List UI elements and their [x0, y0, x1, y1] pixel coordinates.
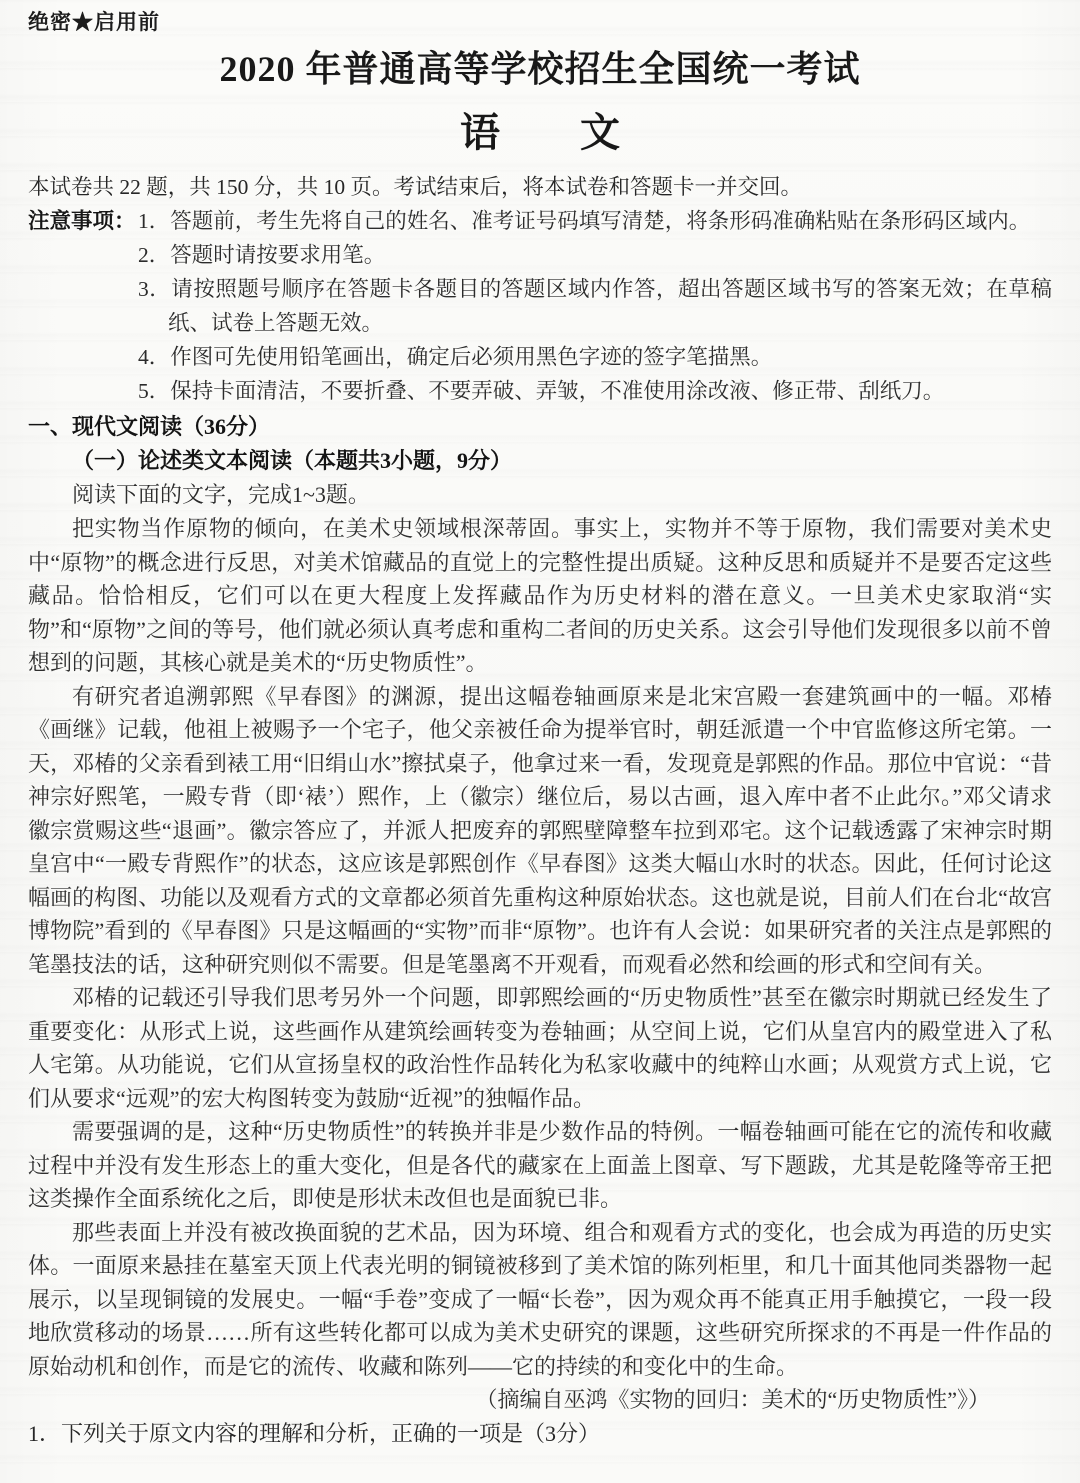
passage-paragraph-5: 那些表面上并没有被改换面貌的艺术品，因为环境、组合和观看方式的变化，也会成为再造… [28, 1216, 1052, 1384]
passage-attribution: （摘编自巫鸿《实物的回归：美术的“历史物质性”》） [28, 1383, 1052, 1417]
exam-paper-page: 绝密★启用前 2020 年普通高等学校招生全国统一考试 语 文 本试卷共 22 … [0, 0, 1080, 1483]
notice-item-5: 5．保持卡面清洁，不要折叠、不要弄破、弄皱，不准使用涂改液、修正带、刮纸刀。 [138, 374, 1052, 408]
exam-title: 2020 年普通高等学校招生全国统一考试 [28, 46, 1052, 92]
reading-passage: 把实物当作原物的倾向，在美术史领域根深蒂固。事实上，实物并不等于原物，我们需要对… [28, 512, 1052, 1383]
paper-info-line: 本试卷共 22 题，共 150 分，共 10 页。考试结束后，将本试卷和答题卡一… [28, 170, 1052, 204]
notice-item-1: 1．答题前，考生先将自己的姓名、准考证号码填写清楚，将条形码准确粘贴在条形码区域… [138, 209, 1030, 233]
passage-paragraph-2: 有研究者追溯郭熙《早春图》的渊源，提出这幅卷轴画原来是北宋宫殿一套建筑画中的一幅… [28, 680, 1052, 982]
subject-title: 语 文 [28, 108, 1052, 158]
passage-paragraph-4: 需要强调的是，这种“历史物质性”的转换并非是少数作品的特例。一幅卷轴画可能在它的… [28, 1115, 1052, 1216]
notice-label: 注意事项： [28, 204, 136, 238]
question-1: 1．下列关于原文内容的理解和分析，正确的一项是（3分） [28, 1417, 1052, 1451]
notice-section: 注意事项： 1．答题前，考生先将自己的姓名、准考证号码填写清楚，将条形码准确粘贴… [28, 204, 1052, 408]
passage-paragraph-3: 邓椿的记载还引导我们思考另外一个问题，即郭熙绘画的“历史物质性”甚至在徽宗时期就… [28, 981, 1052, 1115]
subsection-heading-argumentative-reading: （一）论述类文本阅读（本题共3小题，9分） [28, 444, 1052, 478]
passage-paragraph-1: 把实物当作原物的倾向，在美术史领域根深蒂固。事实上，实物并不等于原物，我们需要对… [28, 512, 1052, 680]
notice-row-1: 注意事项： 1．答题前，考生先将自己的姓名、准考证号码填写清楚，将条形码准确粘贴… [28, 204, 1052, 238]
notice-item-2: 2．答题时请按要求用笔。 [138, 238, 1052, 272]
section-heading-modern-reading: 一、现代文阅读（36分） [28, 410, 1052, 444]
reading-instruction: 阅读下面的文字，完成1~3题。 [28, 478, 1052, 512]
notice-item-4: 4．作图可先使用铅笔画出，确定后必须用黑色字迹的签字笔描黑。 [138, 340, 1052, 374]
notice-item-3: 3．请按照题号顺序在答题卡各题目的答题区域内作答，超出答题区域书写的答案无效；在… [138, 272, 1052, 340]
security-classification-label: 绝密★启用前 [28, 8, 1052, 36]
